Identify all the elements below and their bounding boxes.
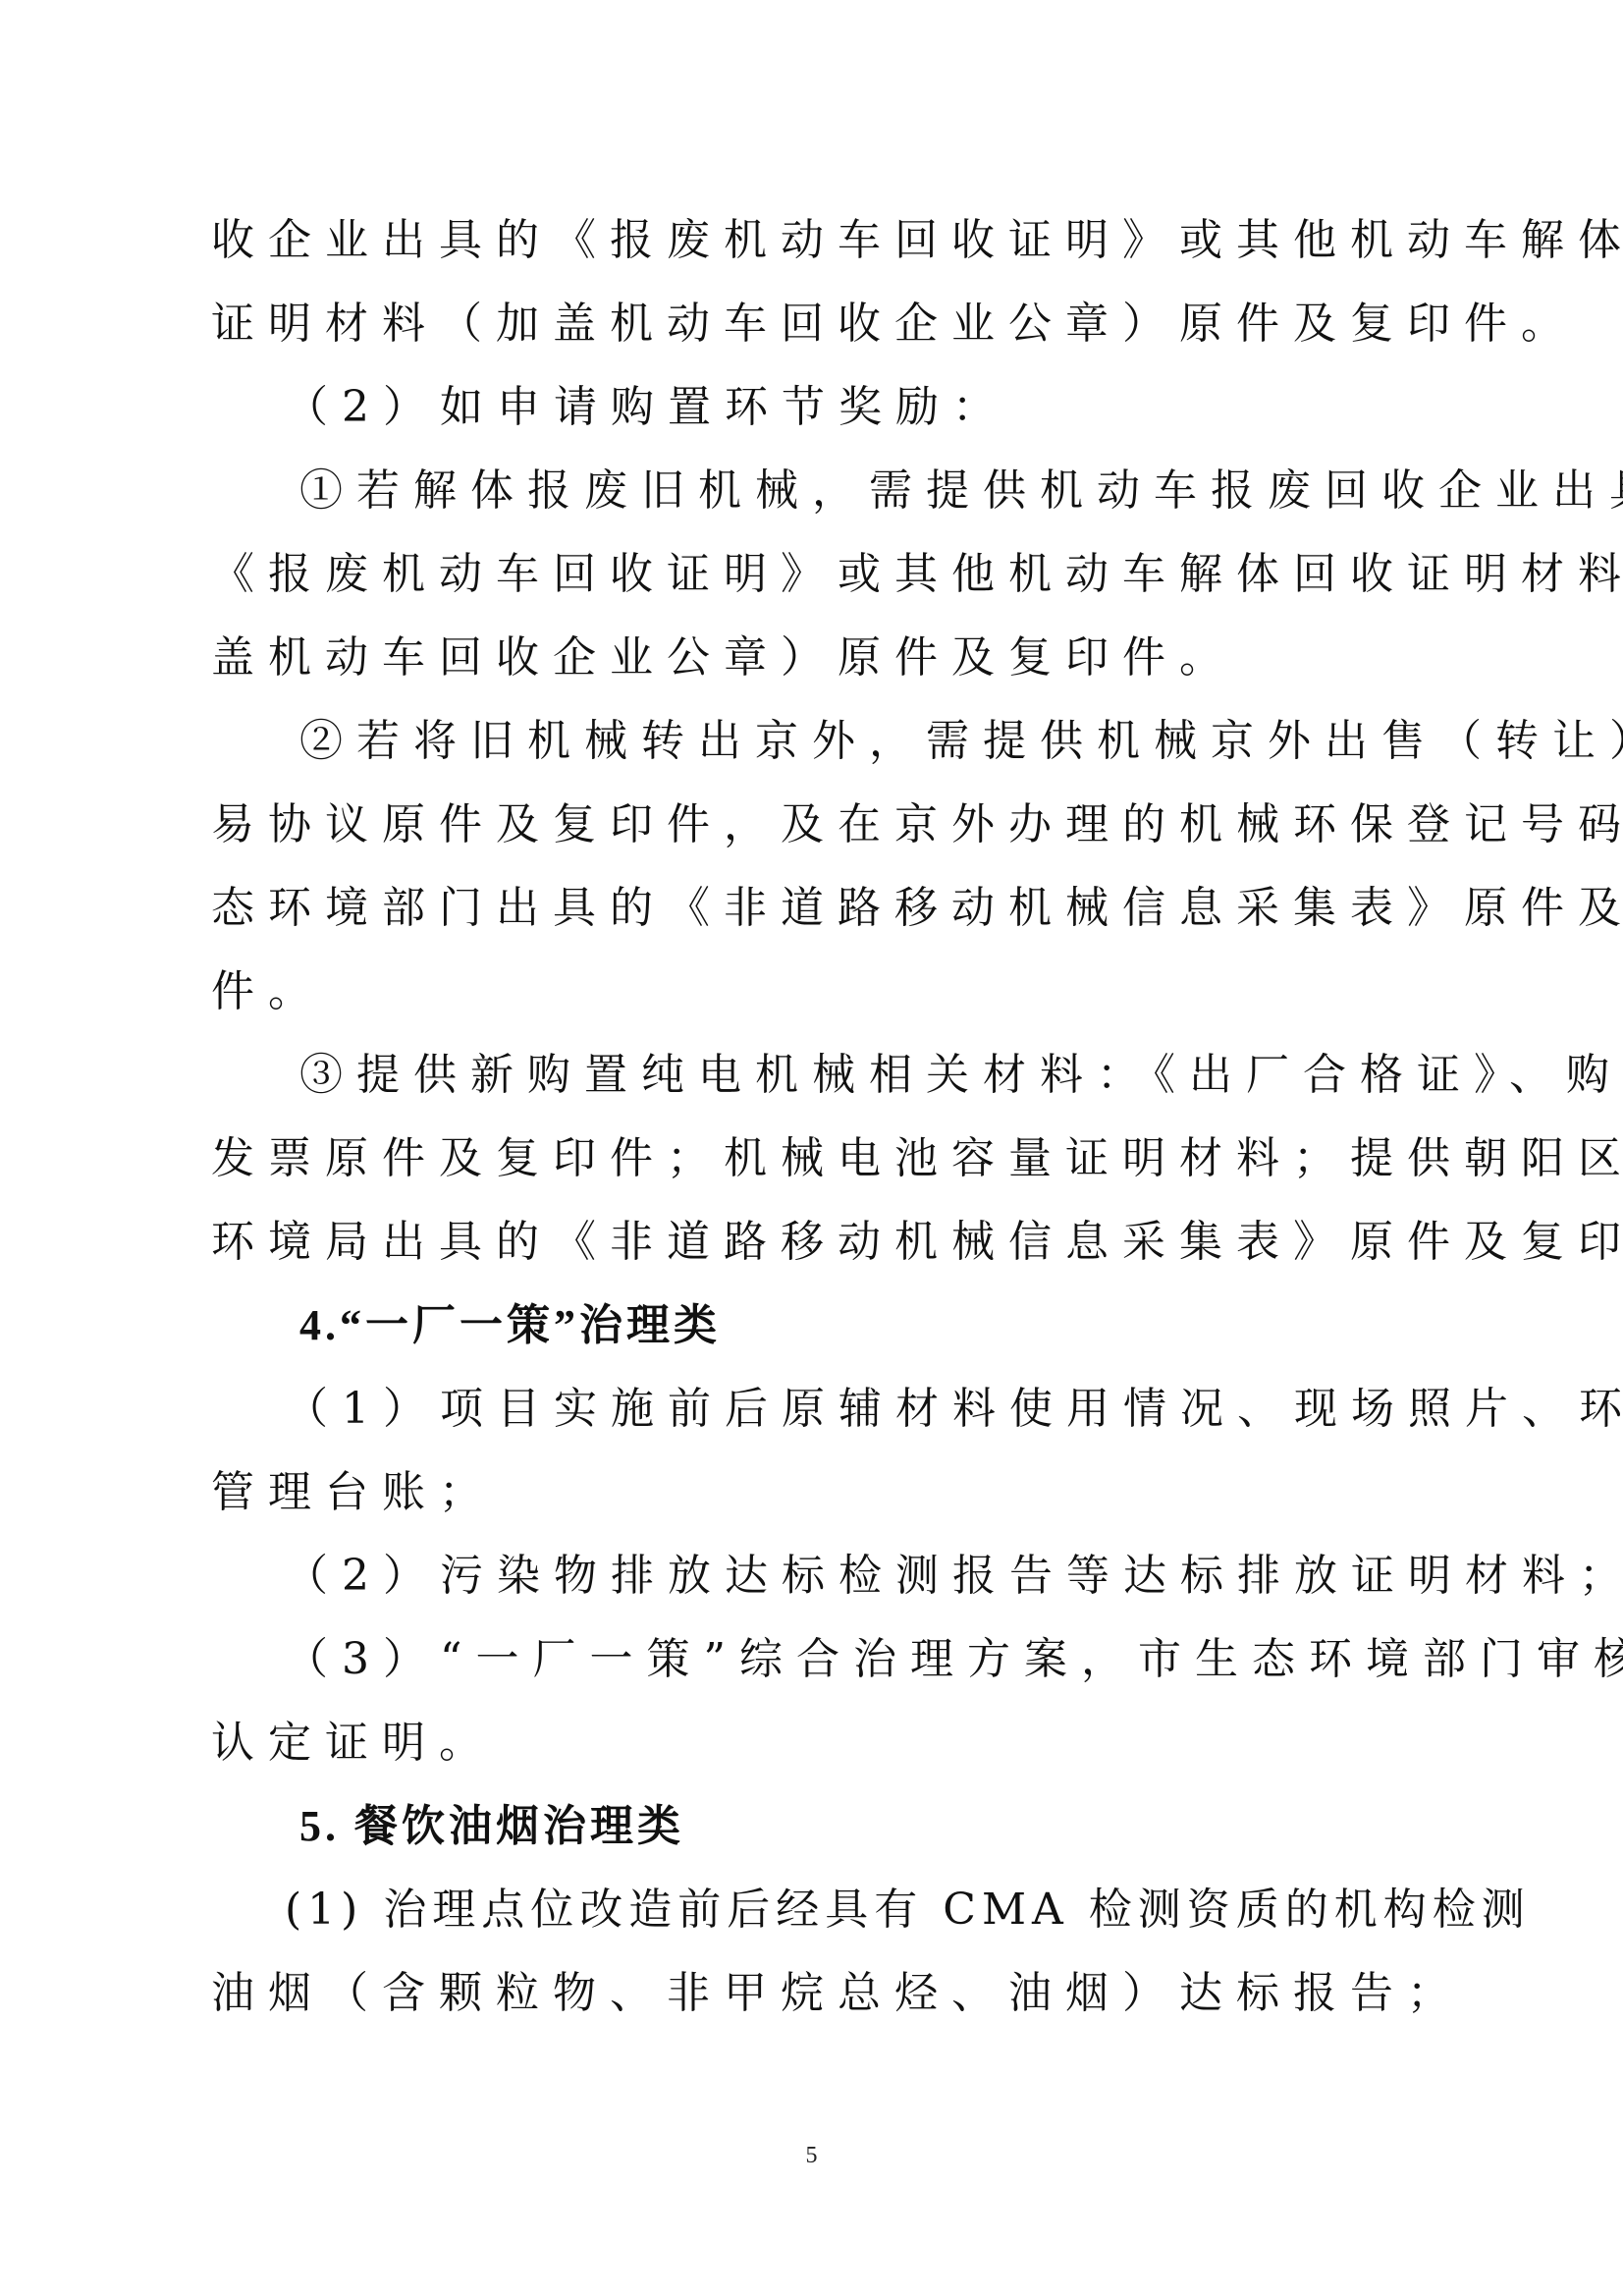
paragraph-line: ③提供新购置纯电机械相关材料：《出厂合格证》、购置 <box>299 1033 1399 1118</box>
paragraph-line: 证明材料（加盖机动车回收企业公章）原件及复印件。 <box>211 282 1399 366</box>
paragraph-line: （3）“一厂一策”综合治理方案，市生态环境部门审核通过 <box>285 1617 1399 1702</box>
paragraph-line: 盖机动车回收企业公章）原件及复印件。 <box>211 616 1399 700</box>
paragraph-line: （2）如申请购置环节奖励： <box>285 365 1384 450</box>
section-heading: 4.“一厂一策”治理类 <box>299 1284 1399 1368</box>
paragraph-line: ②若将旧机械转出京外，需提供机械京外出售（转让）交 <box>299 699 1399 784</box>
paragraph-line: 认定证明。 <box>211 1701 1399 1785</box>
document-page: 收企业出具的《报废机动车回收证明》或其他机动车解体回收 证明材料（加盖机动车回收… <box>0 0 1623 2296</box>
paragraph-line: （1）项目实施前后原辅材料使用情况、现场照片、环境 <box>285 1367 1399 1451</box>
paragraph-line: （2）污染物排放达标检测报告等达标排放证明材料； <box>285 1534 1384 1618</box>
paragraph-line: (1) 治理点位改造前后经具有 CMA 检测资质的机构检测 <box>285 1868 1399 1952</box>
paragraph-line: 易协议原件及复印件，及在京外办理的机械环保登记号码及生 <box>211 783 1399 867</box>
paragraph-line: ①若解体报废旧机械，需提供机动车报废回收企业出具的 <box>299 449 1399 533</box>
paragraph-line: 发票原件及复印件；机械电池容量证明材料；提供朝阳区生态 <box>211 1117 1399 1201</box>
paragraph-line: 态环境部门出具的《非道路移动机械信息采集表》原件及复印 <box>211 866 1399 951</box>
paragraph-line: 《报废机动车回收证明》或其他机动车解体回收证明材料（加 <box>211 532 1399 617</box>
paragraph-line: 管理台账； <box>211 1450 1399 1535</box>
paragraph-line: 件。 <box>211 950 1399 1034</box>
paragraph-line: 收企业出具的《报废机动车回收证明》或其他机动车解体回收 <box>211 198 1399 283</box>
page-number: 5 <box>0 2143 1623 2169</box>
paragraph-line: 油烟（含颗粒物、非甲烷总烃、油烟）达标报告； <box>211 1951 1399 2036</box>
section-heading: 5. 餐饮油烟治理类 <box>299 1784 1399 1869</box>
paragraph-line: 环境局出具的《非道路移动机械信息采集表》原件及复印件。 <box>211 1200 1399 1285</box>
